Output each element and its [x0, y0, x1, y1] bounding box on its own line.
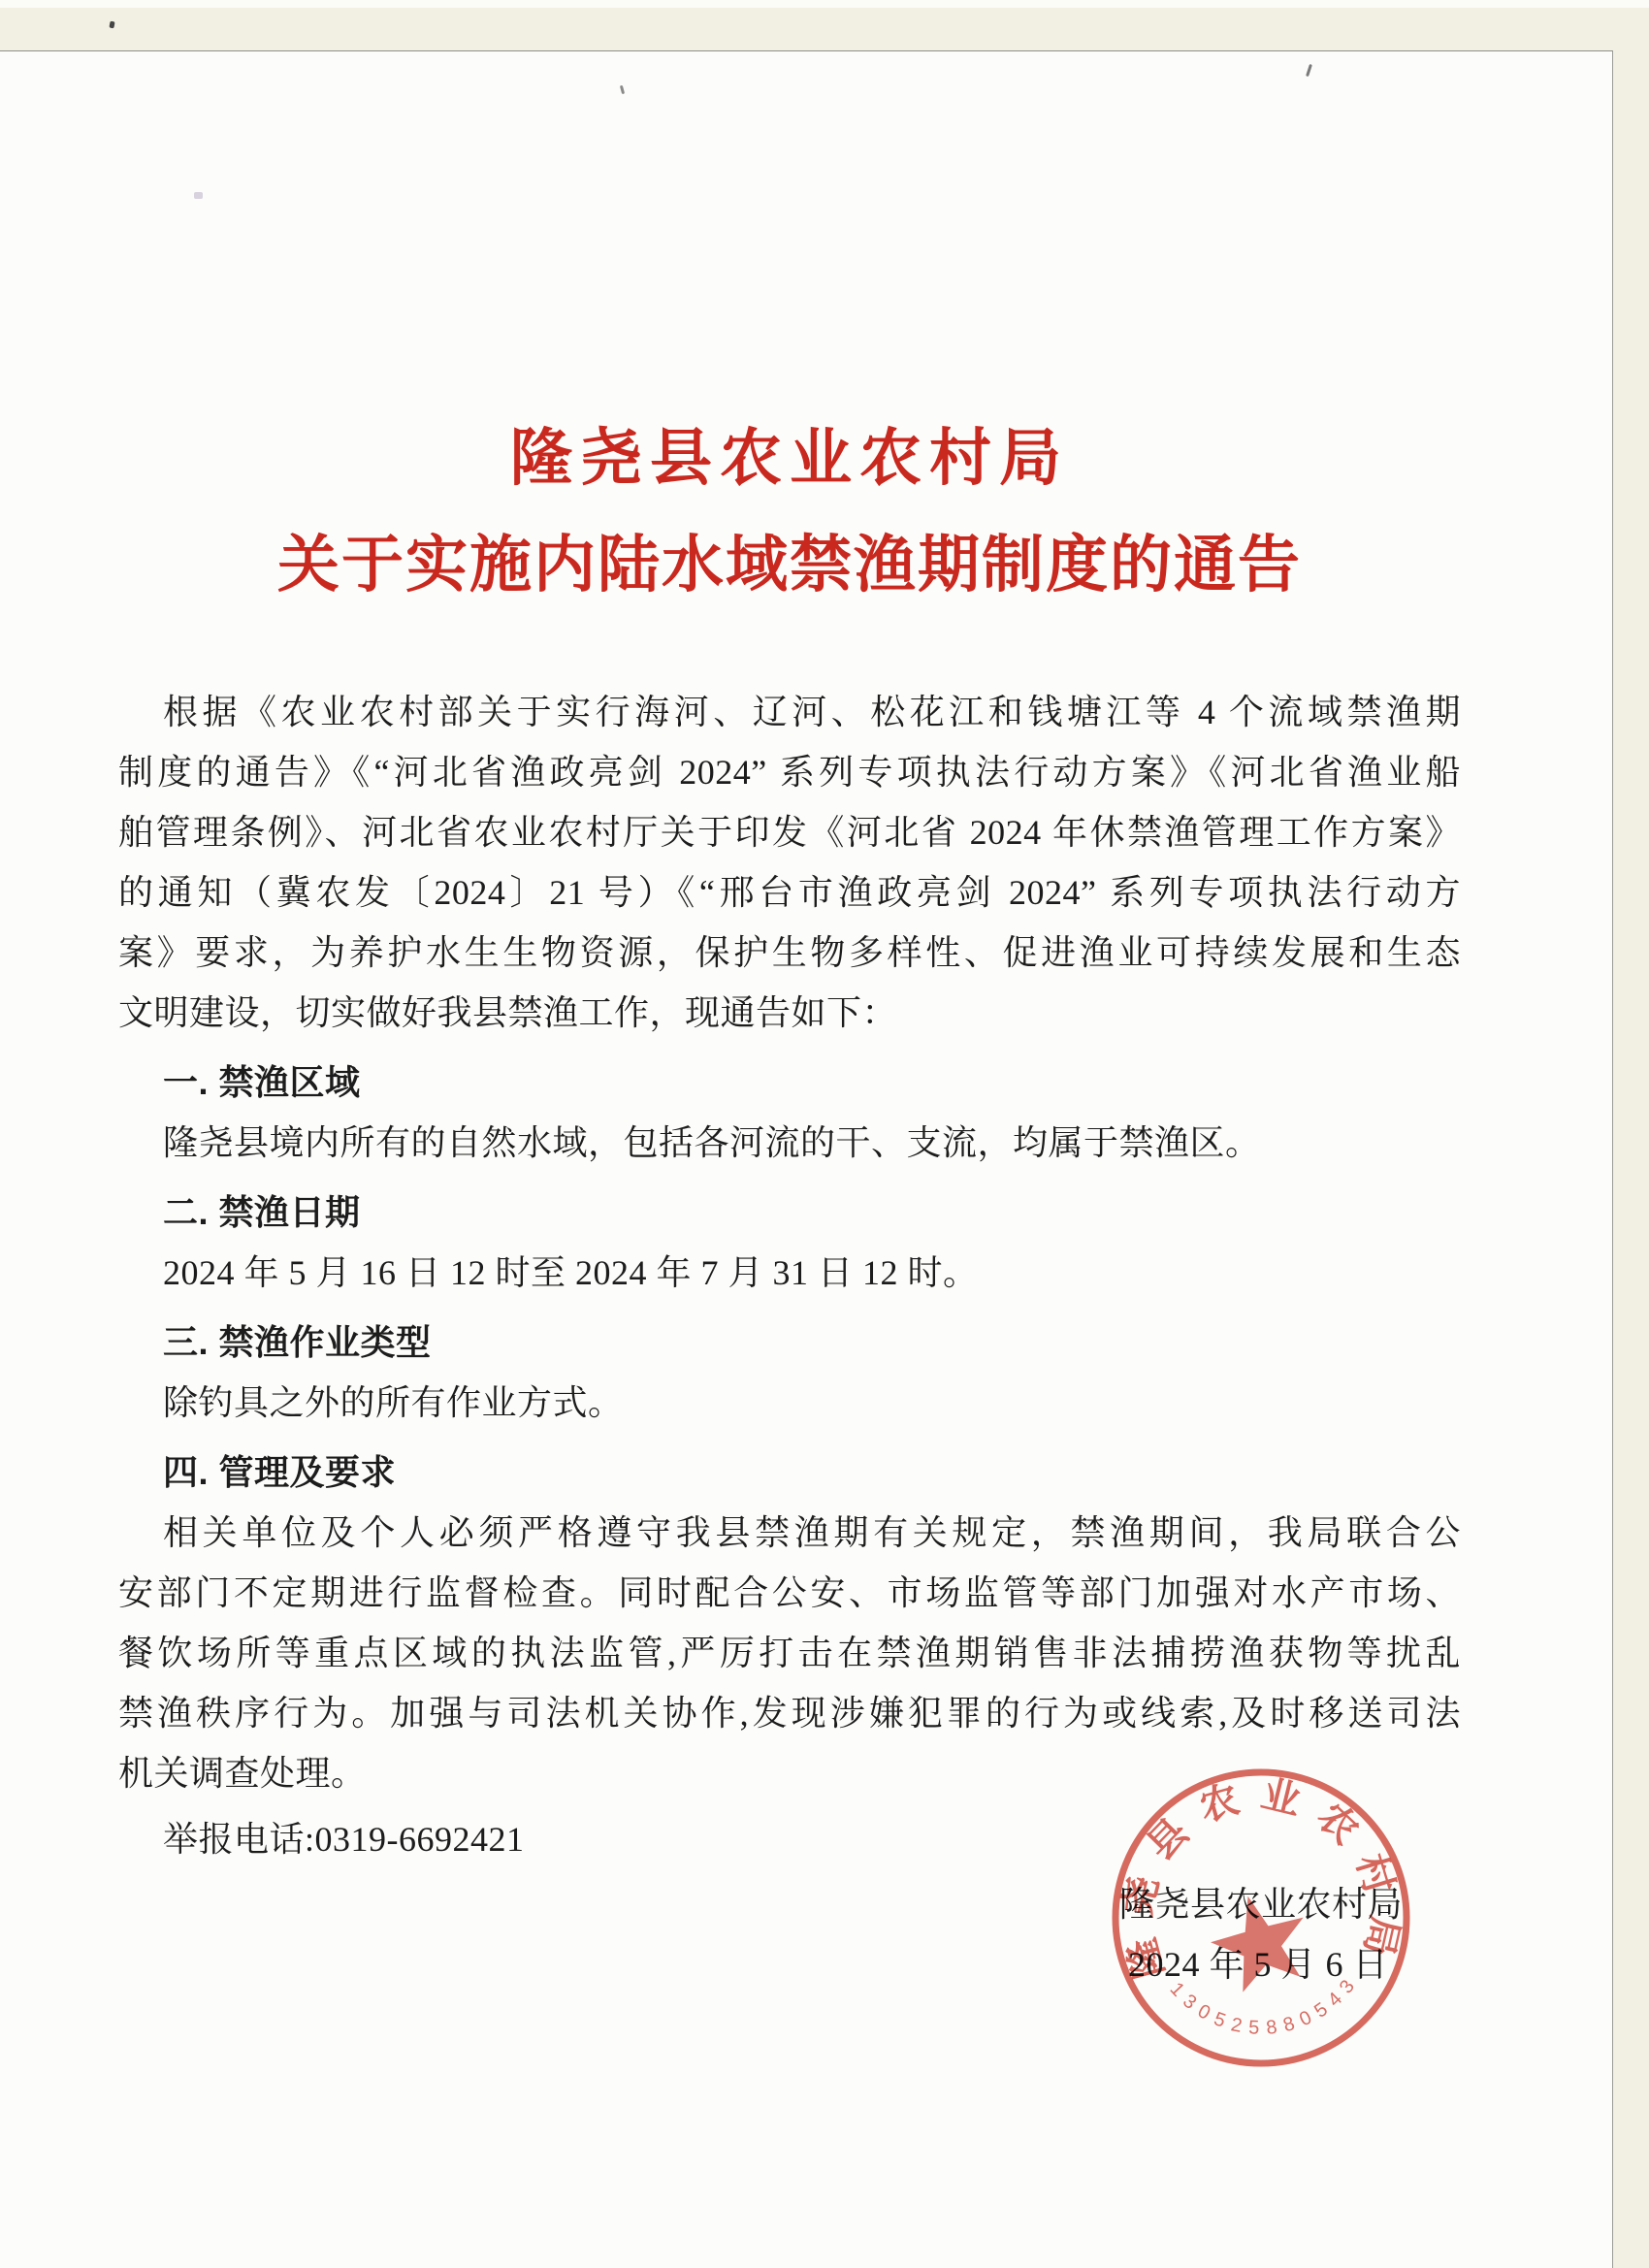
document-title-line2: 关于实施内陆水域禁渔期制度的通告: [118, 512, 1461, 619]
section-management: 四. 管理及要求 相关单位及个人必须严格遵守我县禁渔期有关规定，禁渔期间，我局联…: [118, 1442, 1461, 1803]
scan-speck: [194, 192, 203, 199]
document-content: 隆尧县农业农村局 关于实施内陆水域禁渔期制度的通告 根据《农业农村部关于实行海河…: [118, 51, 1461, 1994]
intro-line: 根据《农业农村部关于实行海河、辽河、松花江和钱塘江等 4 个流域禁渔期: [118, 682, 1461, 742]
section-heading: 一. 禁渔区域: [118, 1053, 1461, 1113]
official-seal: 隆尧县农业农村局 1305258805431: [1108, 1765, 1414, 2071]
intro-line: 案》要求，为养护水生生物资源，保护生物多样性、促进渔业可持续发展和生态: [118, 923, 1461, 983]
document-title-line1: 隆尧县农业农村局: [118, 405, 1461, 512]
section-fishing-area: 一. 禁渔区域 隆尧县境内所有的自然水域，包括各河流的干、支流，均属于禁渔区。: [118, 1053, 1461, 1173]
official-seal-graphic: 隆尧县农业农村局 1305258805431: [1108, 1765, 1414, 2071]
scanned-page: 隆尧县农业农村局 关于实施内陆水域禁渔期制度的通告 根据《农业农村部关于实行海河…: [0, 0, 1649, 2268]
section-heading: 四. 管理及要求: [118, 1442, 1461, 1503]
section-body-line: 禁渔秩序行为。加强与司法机关协作,发现涉嫌犯罪的行为或线索,及时移送司法: [118, 1683, 1461, 1743]
scan-speck: [109, 21, 114, 29]
section-fishing-dates: 二. 禁渔日期 2024 年 5 月 16 日 12 时至 2024 年 7 月…: [118, 1183, 1461, 1303]
section-body-line: 相关单位及个人必须严格遵守我县禁渔期有关规定，禁渔期间，我局联合公: [118, 1503, 1461, 1563]
section-body-line: 餐饮场所等重点区域的执法监管,严厉打击在禁渔期销售非法捕捞渔获物等扰乱: [118, 1623, 1461, 1683]
seal-star-icon: [1202, 1884, 1318, 1997]
intro-paragraph: 根据《农业农村部关于实行海河、辽河、松花江和钱塘江等 4 个流域禁渔期 制度的通…: [118, 682, 1461, 1043]
section-heading: 三. 禁渔作业类型: [118, 1312, 1461, 1373]
section-body-line: 隆尧县境内所有的自然水域，包括各河流的干、支流，均属于禁渔区。: [118, 1113, 1461, 1173]
intro-line: 的通知（冀农发〔2024〕21 号）《“邢台市渔政亮剑 2024” 系列专项执法…: [118, 862, 1461, 923]
intro-line: 制度的通告》《“河北省渔政亮剑 2024” 系列专项执法行动方案》《河北省渔业船: [118, 742, 1461, 802]
scanner-edge: [0, 0, 1649, 8]
section-body-line: 除钓具之外的所有作业方式。: [118, 1373, 1461, 1433]
section-heading: 二. 禁渔日期: [118, 1183, 1461, 1243]
section-body-line: 2024 年 5 月 16 日 12 时至 2024 年 7 月 31 日 12…: [118, 1243, 1461, 1303]
section-operation-types: 三. 禁渔作业类型 除钓具之外的所有作业方式。: [118, 1312, 1461, 1433]
intro-line: 舶管理条例》、河北省农业农村厅关于印发《河北省 2024 年休禁渔管理工作方案》: [118, 802, 1461, 862]
section-body-line: 安部门不定期进行监督检查。同时配合公安、市场监管等部门加强对水产市场、: [118, 1563, 1461, 1623]
intro-line: 文明建设，切实做好我县禁渔工作，现通告如下：: [118, 983, 1461, 1043]
